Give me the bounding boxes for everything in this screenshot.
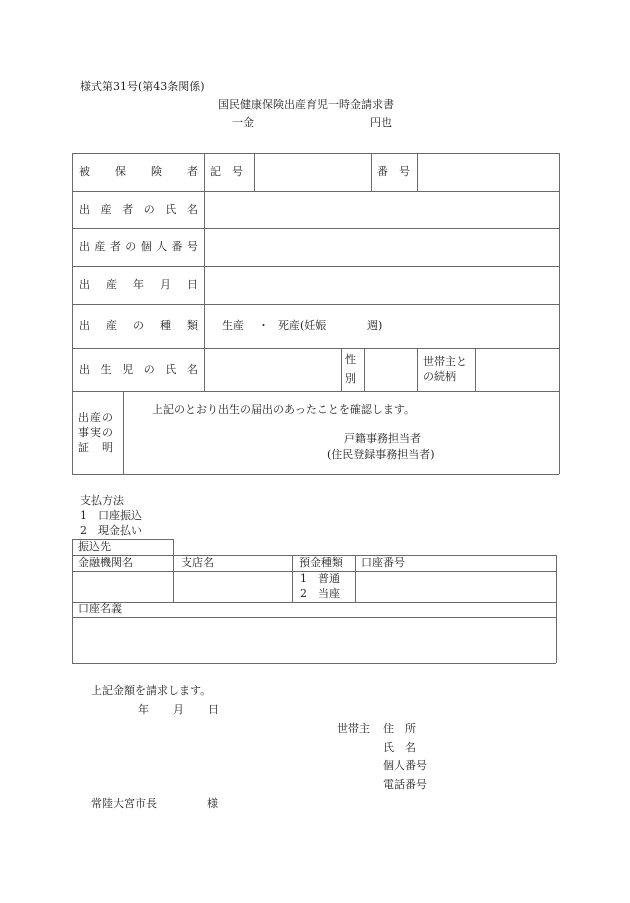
transfer-destination-label: 振込先 xyxy=(78,540,111,554)
option-separator: ・ xyxy=(258,319,269,333)
option-stillbirth[interactable]: 死産(妊娠 xyxy=(278,319,326,333)
account-type-ordinary[interactable]: 1 普通 xyxy=(300,572,340,586)
account-number-input[interactable] xyxy=(356,572,555,601)
account-holder-input[interactable] xyxy=(73,618,555,662)
pregnancy-weeks-input[interactable] xyxy=(332,317,362,333)
payment-option-cash[interactable]: 2 現金払い xyxy=(80,524,142,538)
bank-name-input[interactable] xyxy=(73,572,172,601)
birth-date-label: 出 産 年 月 日 xyxy=(79,278,198,292)
date-day-label: 日 xyxy=(208,703,219,717)
request-statement: 上記金額を請求します。 xyxy=(91,684,211,698)
mother-id-input[interactable] xyxy=(205,229,558,265)
sex-label-1: 性 xyxy=(345,353,356,367)
relation-label-1: 世帯主と xyxy=(423,355,467,369)
sex-label-2: 別 xyxy=(345,372,356,386)
mother-id-label: 出 産 者 の 個 人 番 号 xyxy=(79,240,198,254)
certification-statement: 上記のとおり出生の届出のあったことを確認します。 xyxy=(152,403,415,417)
number-input[interactable] xyxy=(418,154,558,190)
birth-date-input[interactable] xyxy=(205,267,558,303)
name-label: 氏 名 xyxy=(383,741,416,755)
mother-name-label: 出 産 者 の 氏 名 xyxy=(79,203,198,217)
relation-input[interactable] xyxy=(476,349,558,390)
symbol-input[interactable] xyxy=(255,154,370,190)
option-live-birth[interactable]: 生産 xyxy=(222,319,244,333)
col-bank-name: 金融機関名 xyxy=(78,556,133,570)
personal-number-label: 個人番号 xyxy=(383,759,427,773)
honorific: 様 xyxy=(207,797,218,811)
payment-option-transfer[interactable]: 1 口座振込 xyxy=(80,509,142,523)
form-number: 様式第31号(第43条関係) xyxy=(80,80,205,94)
householder-label: 世帯主 xyxy=(337,722,370,736)
payment-method-title: 支払方法 xyxy=(80,494,124,508)
weeks-suffix: 週) xyxy=(367,319,382,333)
amount-input[interactable] xyxy=(262,114,362,130)
child-name-label: 出 生 児 の 氏 名 xyxy=(79,363,198,377)
certification-label-2: 事実の xyxy=(78,426,114,440)
addressee: 常陸大宮市長 xyxy=(91,797,157,811)
certification-label-1: 出産の xyxy=(78,411,114,425)
account-holder-label: 口座名義 xyxy=(78,602,122,616)
col-branch-name: 支店名 xyxy=(181,556,214,570)
phone-number-label: 電話番号 xyxy=(383,778,427,792)
insured-label: 被 保 険 者 xyxy=(79,165,198,179)
form-title: 国民健康保険出産育児一時金請求書 xyxy=(218,98,394,112)
amount-prefix: 一金 xyxy=(232,116,254,130)
relation-label-2: の続柄 xyxy=(423,370,456,384)
address-label: 住 所 xyxy=(383,722,416,736)
certification-label-3: 証 明 xyxy=(78,441,114,455)
number-label: 番 号 xyxy=(377,165,410,179)
account-type-current[interactable]: 2 当座 xyxy=(300,587,340,601)
date-month-label: 月 xyxy=(173,703,184,717)
birth-type-label: 出 産 の 種 類 xyxy=(79,319,198,333)
col-account-type: 預金種類 xyxy=(299,556,343,570)
col-account-number: 口座番号 xyxy=(361,556,405,570)
mother-name-input[interactable] xyxy=(205,192,558,227)
child-name-input[interactable] xyxy=(205,349,340,390)
registry-officer-label: 戸籍事務担当者 xyxy=(344,432,421,446)
branch-name-input[interactable] xyxy=(174,572,291,601)
symbol-label: 記 号 xyxy=(210,165,243,179)
amount-suffix: 円也 xyxy=(370,116,392,130)
date-year-label: 年 xyxy=(138,703,149,717)
sex-input[interactable] xyxy=(365,349,416,390)
resident-registry-officer-label: (住民登録事務担当者) xyxy=(327,448,435,462)
